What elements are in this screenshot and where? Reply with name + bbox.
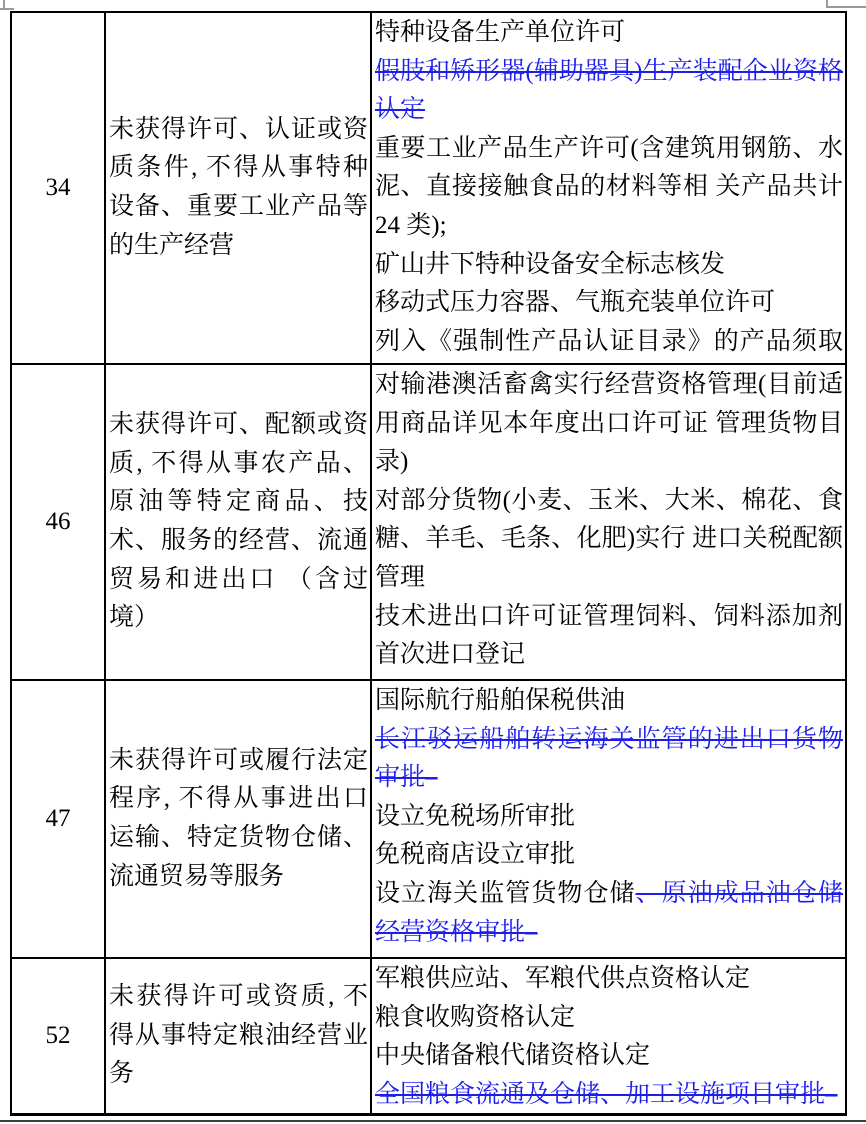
page-edge-line — [0, 1120, 866, 1122]
permit-text-run: 设立海关监管货物仓储 — [375, 880, 636, 907]
permit-text-run: 移动式压力容器、气瓶充装单位许可 — [375, 289, 775, 316]
permit-item: 军粮供应站、军粮代供点资格认定 — [375, 960, 843, 999]
restriction-text: 未获得许可或资质, 不得从事特定粮油经营业务 — [109, 978, 368, 1094]
permit-text-run: 军粮供应站、军粮代供点资格认定 — [375, 965, 750, 992]
permit-item: 矿山井下特种设备安全标志核发 — [375, 246, 843, 285]
permit-text-run: 中央储备粮代储资格认定 — [375, 1042, 650, 1069]
permit-item: 免税商店设立审批 — [375, 836, 843, 875]
row-number-cell: 46 — [12, 365, 106, 679]
permit-text-run: 列入《强制性产品认证目录》的产品须取得认证并施加标识 — [375, 328, 843, 363]
permit-text-run: 设立免税场所审批 — [375, 803, 575, 830]
permit-item: 长江驳运船舶转运海关监管的进出口货物审批– — [375, 721, 843, 798]
permit-item: 全国粮食流通及仓储、加工设施项目审批– — [375, 1076, 843, 1113]
restriction-cell: 未获得许可、认证或资质条件, 不得从事特种设备、重要工业产品等的生产经营 — [106, 13, 372, 363]
permit-text-run: 重要工业产品生产许可(含建筑用钢筋、水泥、直接接触食品的材料等相 关产品共计 2… — [375, 135, 843, 239]
permits-cell: 军粮供应站、军粮代供点资格认定 粮食收购资格认定 中央储备粮代储资格认定 全国粮… — [372, 959, 845, 1113]
permit-text-run: 国际航行船舶保税供油 — [375, 687, 625, 714]
restriction-cell: 未获得许可或资质, 不得从事特定粮油经营业务 — [106, 959, 372, 1113]
permit-item: 国际航行船舶保税供油 — [375, 682, 843, 721]
row-number-cell: 47 — [12, 681, 106, 957]
permit-text-run: 免税商店设立审批 — [375, 841, 575, 868]
permit-text-run: 对部分货物(小麦、玉米、大米、棉花、食糖、羊毛、毛条、化肥)实行 进口关税配额管… — [375, 487, 843, 591]
restriction-text: 未获得许可、配额或资质, 不得从事农产品、原油等特定商品、技术、服务的经营、流通… — [109, 406, 368, 638]
restriction-text: 未获得许可或履行法定程序, 不得从事进出口运输、特定货物仓储、流通贸易等服务 — [109, 742, 368, 896]
restriction-cell: 未获得许可或履行法定程序, 不得从事进出口运输、特定货物仓储、流通贸易等服务 — [106, 681, 372, 957]
row-number: 34 — [46, 174, 71, 202]
permit-item: 设立海关监管货物仓储、原油成品油仓储经营资格审批– — [375, 875, 843, 952]
permit-item: 设立免税场所审批 — [375, 798, 843, 837]
row-number: 46 — [46, 508, 71, 536]
table-row: 46 未获得许可、配额或资质, 不得从事农产品、原油等特定商品、技术、服务的经营… — [12, 363, 845, 679]
deleted-text-run: 长江驳运船舶转运海关监管的进出口货物审批– — [375, 726, 843, 792]
restriction-text: 未获得许可、认证或资质条件, 不得从事特种设备、重要工业产品等的生产经营 — [109, 111, 368, 265]
permit-item: 特种设备生产单位许可 — [375, 14, 843, 53]
permit-item: 中央储备粮代储资格认定 — [375, 1037, 843, 1076]
permit-text-run: 矿山井下特种设备安全标志核发 — [375, 251, 725, 278]
permit-text-run: 粮食收购资格认定 — [375, 1004, 575, 1031]
row-number: 47 — [46, 805, 71, 833]
table-row: 34 未获得许可、认证或资质条件, 不得从事特种设备、重要工业产品等的生产经营 … — [12, 13, 845, 363]
corner-mark-top-left-horizontal — [0, 8, 14, 10]
deleted-text-run: 全国粮食流通及仓储、加工设施项目审批– — [375, 1081, 838, 1108]
corner-mark-top-right-horizontal — [826, 6, 866, 8]
permit-item: 技术进出口许可证管理饲料、饲料添加剂首次进口登记 — [375, 598, 843, 675]
permits-cell: 特种设备生产单位许可 假肢和矫形器(辅助器具)生产装配企业资格认定 重要工业产品… — [372, 13, 845, 363]
permit-item: 列入《强制性产品认证目录》的产品须取得认证并施加标识 — [375, 323, 843, 363]
restriction-cell: 未获得许可、配额或资质, 不得从事农产品、原油等特定商品、技术、服务的经营、流通… — [106, 365, 372, 679]
permits-cell: 国际航行船舶保税供油 长江驳运船舶转运海关监管的进出口货物审批– 设立免税场所审… — [372, 681, 845, 957]
permit-item: 对输港澳活畜禽实行经营资格管理(目前适用商品详见本年度出口许可证 管理货物目录) — [375, 366, 843, 482]
permit-item: 粮食收购资格认定 — [375, 999, 843, 1038]
permit-item: 原油、成品油批发经营资格审批;成品油零售经营资格审批 — [375, 675, 843, 679]
row-number-cell: 34 — [12, 13, 106, 363]
deleted-text-run: 假肢和矫形器(辅助器具)生产装配企业资格认定 — [375, 58, 843, 124]
permit-item: 假肢和矫形器(辅助器具)生产装配企业资格认定 — [375, 53, 843, 130]
row-number-cell: 52 — [12, 959, 106, 1113]
restrictions-table: 34 未获得许可、认证或资质条件, 不得从事特种设备、重要工业产品等的生产经营 … — [10, 11, 847, 1116]
permit-text-run: 技术进出口许可证管理饲料、饲料添加剂首次进口登记 — [375, 603, 843, 669]
row-number: 52 — [46, 1022, 71, 1050]
permit-item: 重要工业产品生产许可(含建筑用钢筋、水泥、直接接触食品的材料等相 关产品共计 2… — [375, 130, 843, 246]
permit-text-run: 特种设备生产单位许可 — [375, 19, 625, 46]
permit-text-run: 对输港澳活畜禽实行经营资格管理(目前适用商品详见本年度出口许可证 管理货物目录) — [375, 371, 843, 475]
table-row: 52 未获得许可或资质, 不得从事特定粮油经营业务 军粮供应站、军粮代供点资格认… — [12, 957, 845, 1113]
permit-item: 移动式压力容器、气瓶充装单位许可 — [375, 284, 843, 323]
permit-item: 对部分货物(小麦、玉米、大米、棉花、食糖、羊毛、毛条、化肥)实行 进口关税配额管… — [375, 482, 843, 598]
table-row: 47 未获得许可或履行法定程序, 不得从事进出口运输、特定货物仓储、流通贸易等服… — [12, 679, 845, 957]
permits-cell: 对输港澳活畜禽实行经营资格管理(目前适用商品详见本年度出口许可证 管理货物目录)… — [372, 365, 845, 679]
